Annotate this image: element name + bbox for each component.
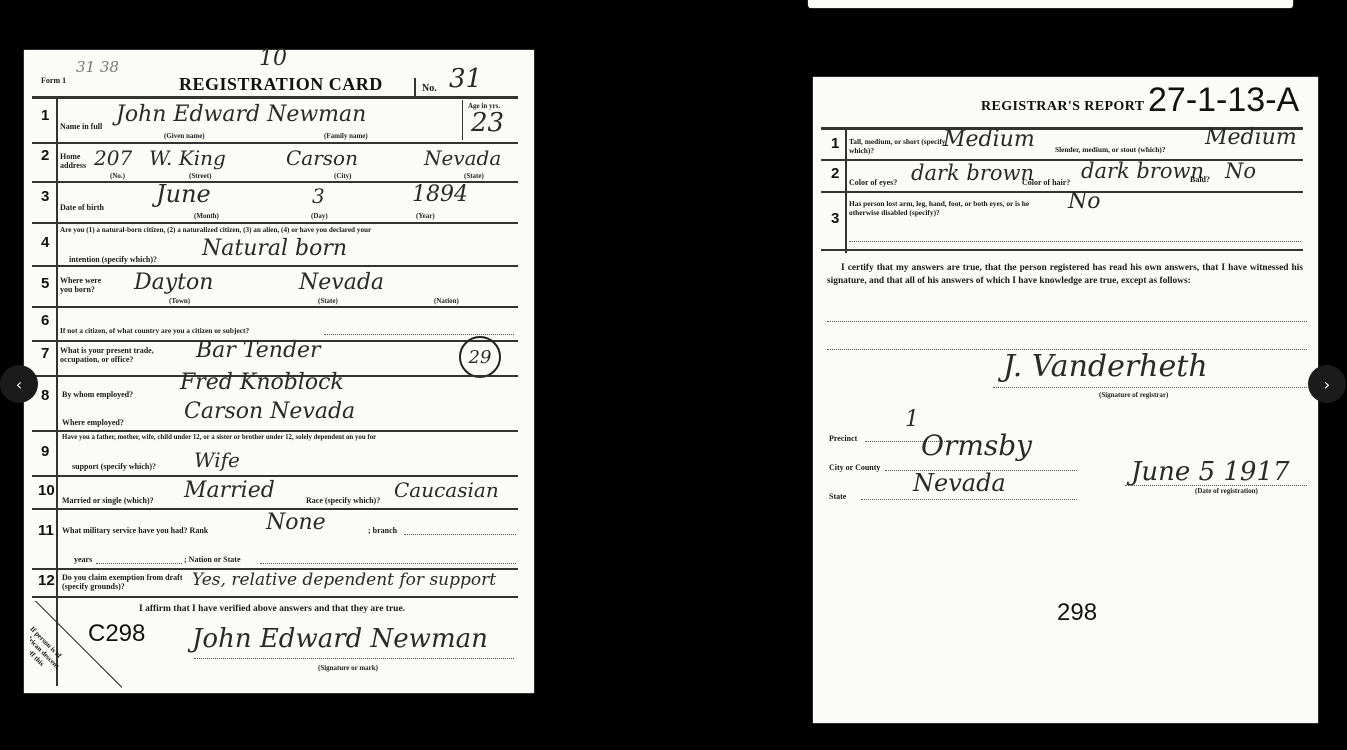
state-label: State <box>829 492 846 501</box>
row-number: 3 <box>831 210 839 227</box>
address-number: 207 <box>94 146 132 170</box>
bald-label: Bald? <box>1190 175 1210 184</box>
precinct-value: 1 <box>905 407 919 432</box>
registrar-signature: J. Vanderheth <box>1003 349 1208 384</box>
registration-date-caption: (Date of registration) <box>1195 487 1258 495</box>
disability-label: Has person lost arm, leg, hand, foot, or… <box>849 199 1059 217</box>
citizenship-value: Natural born <box>202 236 347 261</box>
card-title: REGISTRATION CARD <box>179 74 383 95</box>
where-employed-value: Carson Nevada <box>184 399 355 424</box>
caption-nation: (Nation) <box>434 297 459 305</box>
county-value: Ormsby <box>921 429 1032 462</box>
birthplace-town: Dayton <box>134 270 213 295</box>
build-value: Medium <box>1205 125 1297 150</box>
row-number: 9 <box>41 443 49 460</box>
circled-code-value: 29 <box>469 347 492 368</box>
dependents-value: Wife <box>194 448 240 472</box>
card-no-value: 31 <box>449 64 482 94</box>
caption-month: (Month) <box>194 212 219 220</box>
nation-label: ; Nation or State <box>184 555 241 564</box>
chevron-left-icon: ‹ <box>16 375 22 394</box>
row-number: 2 <box>831 165 839 182</box>
citizenship-label: intention (specify which)? <box>69 255 157 264</box>
height-label: Tall, medium, or short (specify which)? <box>849 137 947 155</box>
row-number: 1 <box>41 107 49 124</box>
dob-label: Date of birth <box>60 203 104 212</box>
circled-code: 29 <box>459 336 501 378</box>
caption-street: (Street) <box>189 172 211 180</box>
row-number: 11 <box>38 522 54 539</box>
address-street: W. King <box>149 146 226 170</box>
hair-color-value: dark brown <box>1081 159 1204 183</box>
row-number: 3 <box>41 188 49 205</box>
name-label: Name in full <box>60 122 102 131</box>
row-number: 8 <box>41 387 49 404</box>
caption-state: (State) <box>464 172 484 180</box>
next-card-edge <box>808 0 1293 8</box>
stamp-number: 298 <box>1057 599 1097 627</box>
disability-value: No <box>1068 189 1101 214</box>
registration-card-front: 31 38 Form 1 10 REGISTRATION CARD No. 31… <box>24 50 534 693</box>
height-value: Medium <box>943 127 1035 152</box>
given-name-caption: (Given name) <box>164 132 205 140</box>
county-label: City or County <box>829 463 880 472</box>
military-label: What military service have you had? Rank <box>62 526 208 535</box>
occupation-value: Bar Tender <box>196 338 321 363</box>
hair-color-label: Color of hair? <box>1022 178 1070 187</box>
eye-color-value: dark brown <box>911 161 1034 185</box>
dob-day: 3 <box>312 184 325 208</box>
employer-label: By whom employed? <box>62 390 133 399</box>
previous-image-button[interactable]: ‹ <box>0 365 38 403</box>
birthplace-state: Nevada <box>299 270 384 295</box>
years-label: years <box>74 555 92 564</box>
exemption-label: Do you claim exemption from draft (speci… <box>62 573 192 591</box>
registration-date: June 5 1917 <box>1131 457 1290 487</box>
state-value: Nevada <box>913 469 1006 497</box>
dependents-label: support (specify which)? <box>72 462 156 471</box>
family-name-caption: (Family name) <box>324 132 368 140</box>
row-number: 7 <box>41 345 49 362</box>
row-number: 5 <box>41 275 49 292</box>
name-value: John Edward Newman <box>116 102 366 127</box>
form-label: Form 1 <box>41 76 66 85</box>
where-employed-label: Where employed? <box>62 418 124 427</box>
row-number: 6 <box>41 312 49 329</box>
race-label: Race (specify which)? <box>306 496 380 505</box>
registrant-signature: John Edward Newman <box>192 624 488 654</box>
card-no-label: No. <box>422 83 437 94</box>
row-number: 2 <box>41 147 49 164</box>
chevron-right-icon: › <box>1324 375 1330 394</box>
branch-label: ; branch <box>368 526 397 535</box>
next-image-button[interactable]: › <box>1308 365 1346 403</box>
tear-off-corner: If person is of African descent, tear of… <box>30 601 122 693</box>
caption-no: (No.) <box>110 172 125 180</box>
exemption-value: Yes, relative dependent for support <box>192 570 496 590</box>
precinct-label: Precinct <box>829 434 857 443</box>
certification-text: I certify that my answers are true, that… <box>827 262 1303 288</box>
marital-label: Married or single (which)? <box>62 496 154 505</box>
registration-card-back: REGISTRAR'S REPORT 27-1-13-A 1 Tall, med… <box>813 77 1318 723</box>
eye-color-label: Color of eyes? <box>849 178 897 187</box>
build-label: Slender, medium, or stout (which)? <box>1055 145 1165 154</box>
top-handwritten-number: 10 <box>259 46 287 71</box>
caption-state: (State) <box>318 297 338 305</box>
bald-value: No <box>1225 159 1256 183</box>
employer-value: Fred Knoblock <box>180 370 344 395</box>
birthplace-label: Where were you born? <box>60 276 104 294</box>
address-state: Nevada <box>424 146 501 170</box>
row-number: 4 <box>41 234 49 251</box>
tear-off-corner-text: If person is of African descent, tear of… <box>30 625 68 685</box>
affirmation-text: I affirm that I have verified above answ… <box>139 604 405 614</box>
registrar-report-code: 27-1-13-A <box>1148 81 1299 120</box>
caption-town: (Town) <box>169 297 190 305</box>
dob-year: 1894 <box>412 182 468 207</box>
citizenship-question: Are you (1) a natural-born citizen, (2) … <box>60 226 371 234</box>
marital-value: Married <box>184 478 275 503</box>
caption-year: (Year) <box>416 212 435 220</box>
age-value: 23 <box>471 108 504 138</box>
caption-day: (Day) <box>311 212 328 220</box>
race-value: Caucasian <box>394 478 499 502</box>
citizen-country-label: If not a citizen, of what country are yo… <box>60 326 249 335</box>
form-handwritten-number: 31 38 <box>76 58 119 76</box>
address-city: Carson <box>286 146 358 170</box>
row-number: 1 <box>831 135 839 152</box>
dob-month: June <box>156 180 211 208</box>
signature-caption: (Signature or mark) <box>318 664 378 672</box>
occupation-label: What is your present trade, occupation, … <box>60 346 180 364</box>
row-number: 12 <box>38 572 55 589</box>
registrar-report-title: REGISTRAR'S REPORT <box>981 99 1144 115</box>
rank-value: None <box>266 510 326 535</box>
caption-city: (City) <box>334 172 352 180</box>
row-number: 10 <box>38 482 55 499</box>
dependents-question: Have you a father, mother, wife, child u… <box>62 434 376 441</box>
registrar-signature-caption: (Signature of registrar) <box>1099 391 1168 399</box>
home-address-label: Home address <box>60 152 90 170</box>
